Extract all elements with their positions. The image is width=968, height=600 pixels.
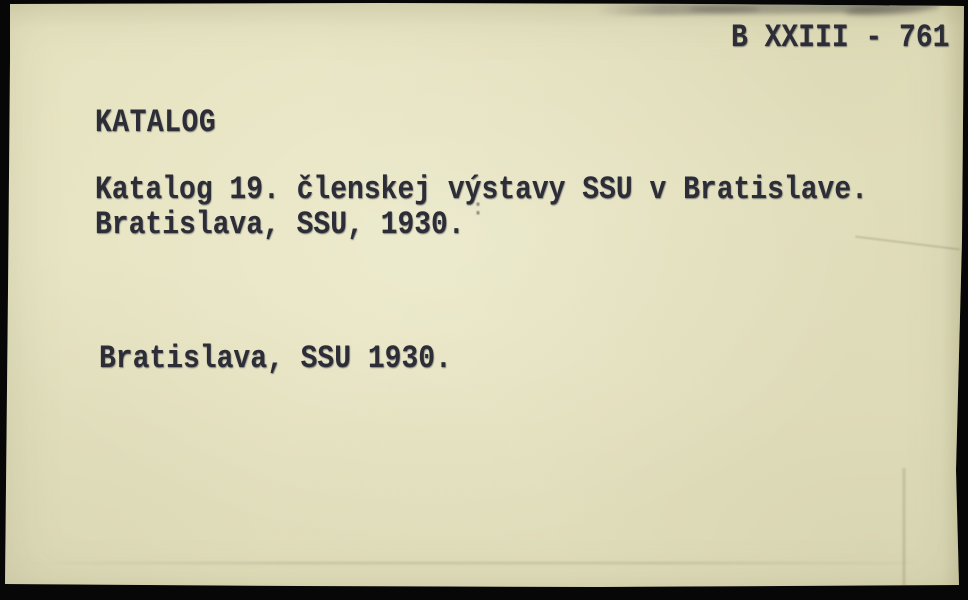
catalog-card: B XXIII - 761 KATALOG Katalog 19. člensk… xyxy=(0,0,968,600)
paper-scratch xyxy=(855,236,959,251)
card-heading: KATALOG xyxy=(95,108,216,140)
pencil-smudge-dark xyxy=(845,0,941,17)
entry-publication-line: Bratislava, SSU, 1930. xyxy=(95,210,465,242)
paper-crease-horizontal xyxy=(30,562,930,564)
typewriter-overstrike-artifact: : xyxy=(472,199,484,221)
imprint-line: Bratislava, SSU 1930. xyxy=(99,344,452,376)
paper-crease-vertical xyxy=(903,468,905,588)
call-number: B XXIII - 761 xyxy=(731,23,949,55)
pencil-smudge-small xyxy=(688,6,760,12)
